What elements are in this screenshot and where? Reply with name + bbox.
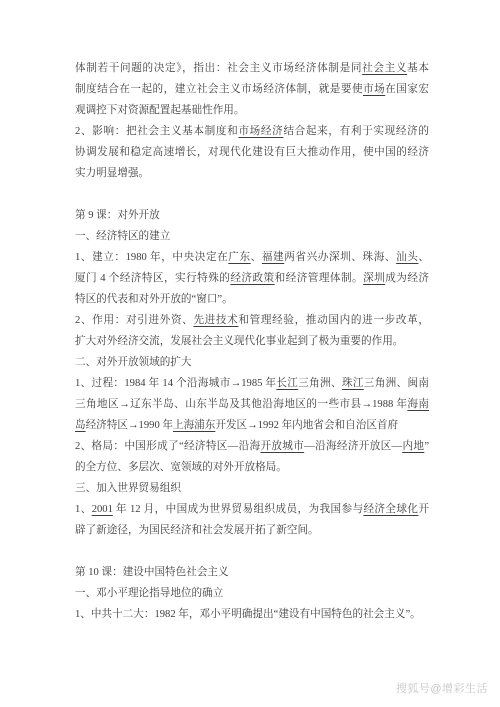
text-line: 的全方位、多层次、宽领域的对外开放格局。 <box>75 457 429 478</box>
paragraph-block-socialist-market-economy-paragraphs: 体制若干问题的决定》，指出：社会主义市场经济体制是同社会主义基本制度结合在一起的… <box>75 58 429 184</box>
text-segment: 一、邓小平理论指导地位的确立 <box>75 588 223 599</box>
text-line: 三角地区→辽东半岛、山东半岛及其他沿海地区的一些市县→1988 年海南 <box>75 394 429 415</box>
text-segment: 、 <box>418 252 429 263</box>
paragraph-block-lesson-10-socialism-with-chinese-characteristics: 第 10 课：建设中国特色社会主义一、邓小平理论指导地位的确立1、中共十二大：1… <box>75 562 429 625</box>
text-segment: 在国家宏 <box>385 84 429 95</box>
text-line: 1、2001 年 12 月，中国成为世界贸易组织成员，为我国参与经济全球化开 <box>75 499 429 520</box>
text-segment: 1、过程：1984 年 14 个沿海城市→1985 年 <box>75 378 276 389</box>
underlined-term: 汕头 <box>396 252 418 263</box>
text-segment: 三角洲、 <box>298 378 342 389</box>
text-line: 1、中共十二大：1982 年，邓小平明确提出“建设有中国特色的社会主义”。 <box>75 604 429 625</box>
text-line: 2、影响：把社会主义基本制度和市场经济结合起来，有利于实现经济的 <box>75 121 429 142</box>
underlined-term: 岛 <box>75 420 86 431</box>
text-segment: 和管理经验，推动国内的进一步改革， <box>238 315 429 326</box>
text-segment: 1、建立：1980 年，中央决定在 <box>75 252 228 263</box>
text-segment: 成为经济 <box>385 273 429 284</box>
text-segment: 实力明显增强。 <box>75 168 149 179</box>
text-segment: 2、影响：把社会主义基本制度和 <box>75 126 238 137</box>
text-segment: 观调控下对资源配置起基础性作用。 <box>75 105 245 116</box>
text-segment: 开发区→1992 年内地省会和自治区首府 <box>215 420 398 431</box>
underlined-term: 市场经济 <box>238 126 283 137</box>
underlined-term: 经济全球化 <box>363 504 418 515</box>
paragraph-block-lesson-9-opening-up: 第 9 课：对外开放一、经济特区的建立1、建立：1980 年，中央决定在广东、福… <box>75 205 429 541</box>
document-page: 体制若干问题的决定》，指出：社会主义市场经济体制是同社会主义基本制度结合在一起的… <box>0 0 500 707</box>
text-line: 二、对外开放领域的扩大 <box>75 352 429 373</box>
watermark: 搜狐号@增彩生活 <box>396 680 488 696</box>
text-segment: 结合起来，有利于实现经济的 <box>283 126 429 137</box>
text-segment: 三角洲、闽南 <box>364 378 429 389</box>
text-segment: 制度结合在一起的，建立社会主义市场经济体制，就是要使 <box>75 84 363 95</box>
text-line: 第 9 课：对外开放 <box>75 205 429 226</box>
text-line: 一、邓小平理论指导地位的确立 <box>75 583 429 604</box>
text-line: 2、格局：中国形成了“经济特区—沿海开放城市—沿海经济开放区—内地” <box>75 436 429 457</box>
text-line: 厦门 4 个经济特区，实行特殊的经济政策和经济管理体制。深圳成为经济 <box>75 268 429 289</box>
text-segment: 年 12 月，中国成为世界贸易组织成员，为我国参与 <box>113 504 364 515</box>
text-line: 第 10 课：建设中国特色社会主义 <box>75 562 429 583</box>
underlined-term: 经济政策 <box>230 273 274 284</box>
underlined-term: 深圳 <box>363 273 385 284</box>
text-segment: 三、加入世界贸易组织 <box>75 483 181 494</box>
document-body: 体制若干问题的决定》，指出：社会主义市场经济体制是同社会主义基本制度结合在一起的… <box>75 58 429 625</box>
text-segment: 开 <box>418 504 429 515</box>
underlined-term: 内地 <box>402 441 424 452</box>
text-segment: 协调发展和稳定高速增长，对现代化建设有巨大推动作用，使中国的经济 <box>75 147 429 158</box>
text-line: 1、建立：1980 年，中央决定在广东、福建两省兴办深圳、珠海、汕头、 <box>75 247 429 268</box>
text-segment: 2、格局：中国形成了“经济特区—沿海 <box>75 441 260 452</box>
text-line: 一、经济特区的建立 <box>75 226 429 247</box>
text-segment: —沿海经济开放区— <box>304 441 402 452</box>
underlined-term: 开放城市 <box>260 441 304 452</box>
text-line: 三、加入世界贸易组织 <box>75 478 429 499</box>
text-segment: 经济特区→1990 年 <box>86 420 173 431</box>
underlined-term: 广东 <box>228 252 250 263</box>
text-segment: 一、经济特区的建立 <box>75 231 170 242</box>
text-segment: 第 10 课：建设中国特色社会主义 <box>75 567 229 578</box>
text-segment: 辟了新途径，为国民经济和社会发展开拓了新空间。 <box>75 525 319 536</box>
text-line: 协调发展和稳定高速增长，对现代化建设有巨大推动作用，使中国的经济 <box>75 142 429 163</box>
underlined-term: 上海浦东 <box>173 420 215 431</box>
underlined-term: 2001 <box>92 504 113 515</box>
text-line: 制度结合在一起的，建立社会主义市场经济体制，就是要使市场在国家宏 <box>75 79 429 100</box>
text-line: 2、作用：对引进外资、先进技术和管理经验，推动国内的进一步改革， <box>75 310 429 331</box>
text-line: 特区的代表和对外开放的“窗口”。 <box>75 289 429 310</box>
text-segment: 1、 <box>75 504 92 515</box>
text-segment: ” <box>424 441 429 452</box>
text-line: 1、过程：1984 年 14 个沿海城市→1985 年长江三角洲、珠江三角洲、闽… <box>75 373 429 394</box>
text-segment: 和经济管理体制。 <box>275 273 364 284</box>
text-segment: 的全方位、多层次、宽领域的对外开放格局。 <box>75 462 287 473</box>
text-segment: 两省兴办深圳、珠海、 <box>284 252 396 263</box>
underlined-term: 长江 <box>276 378 298 389</box>
text-segment: 2、作用：对引进外资、 <box>75 315 193 326</box>
text-line: 实力明显增强。 <box>75 163 429 184</box>
underlined-term: 珠江 <box>342 378 364 389</box>
underlined-term: 社会主义 <box>362 63 407 74</box>
text-segment: 1、中共十二大：1982 年，邓小平明确提出“建设有中国特色的社会主义”。 <box>75 609 421 620</box>
text-line: 岛经济特区→1990 年上海浦东开发区→1992 年内地省会和自治区首府 <box>75 415 429 436</box>
text-segment: 三角地区→辽东半岛、山东半岛及其他沿海地区的一些市县→1988 年 <box>75 399 407 410</box>
text-line: 观调控下对资源配置起基础性作用。 <box>75 100 429 121</box>
underlined-term: 先进技术 <box>193 315 238 326</box>
text-segment: 厦门 4 个经济特区，实行特殊的 <box>75 273 230 284</box>
text-line: 辟了新途径，为国民经济和社会发展开拓了新空间。 <box>75 520 429 541</box>
text-segment: 特区的代表和对外开放的“窗口”。 <box>75 294 233 305</box>
text-segment: 体制若干问题的决定》，指出：社会主义市场经济体制是同 <box>75 63 362 74</box>
text-segment: 、 <box>251 252 262 263</box>
text-line: 扩大对外经济交流，发展社会主义现代化事业起到了极为重要的作用。 <box>75 331 429 352</box>
underlined-term: 福建 <box>262 252 284 263</box>
underlined-term: 海南 <box>407 399 429 410</box>
text-line: 体制若干问题的决定》，指出：社会主义市场经济体制是同社会主义基本 <box>75 58 429 79</box>
text-segment: 第 9 课：对外开放 <box>75 210 160 221</box>
text-segment: 二、对外开放领域的扩大 <box>75 357 192 368</box>
underlined-term: 市场 <box>363 84 385 95</box>
text-segment: 扩大对外经济交流，发展社会主义现代化事业起到了极为重要的作用。 <box>75 336 403 347</box>
text-segment: 基本 <box>407 63 429 74</box>
